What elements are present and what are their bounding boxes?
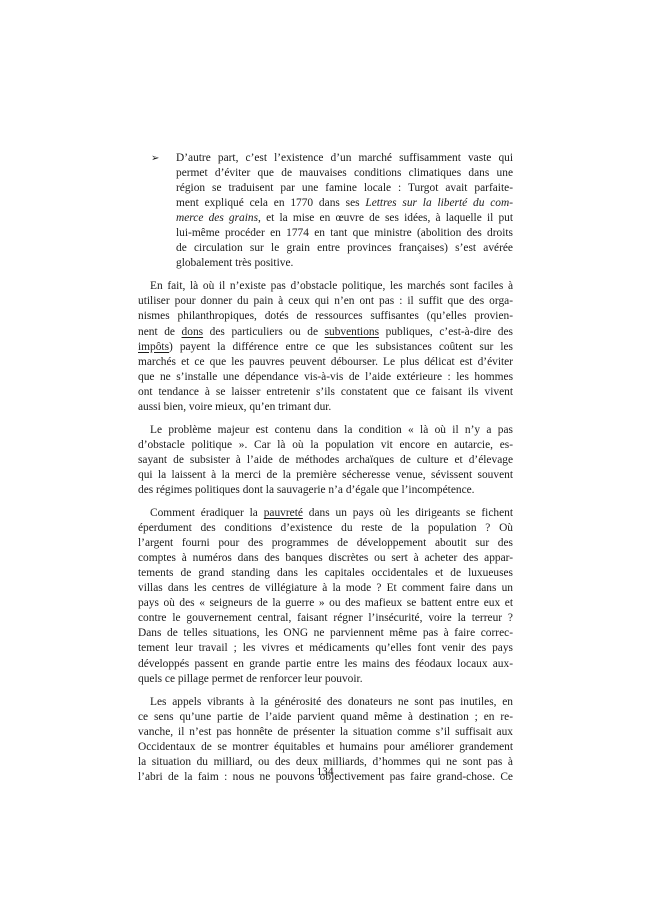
- text-run: Comment éradiquer la: [150, 507, 264, 519]
- text-line: Les appels vibrants à la générosité des …: [138, 695, 513, 710]
- book-title-italic: merce des grains: [176, 212, 258, 224]
- text-line: sayant de subsister à l’aide de méthodes…: [138, 453, 513, 468]
- text-line: marchés et ce que les pauvres peuvent dé…: [138, 355, 513, 370]
- text-line: Dans de telles situations, les ONG ne pa…: [138, 626, 513, 641]
- page-body: ➢ D’autre part, c’est l’existence d’un m…: [138, 151, 513, 793]
- text-line: qui la laissent à la merci de la premièr…: [138, 468, 513, 483]
- text-run: , et la mise en œuvre de ses idées, à la…: [258, 212, 513, 224]
- link-impots[interactable]: impôts: [138, 341, 169, 353]
- page-number: 134: [0, 766, 650, 778]
- text-line: Comment éradiquer la pauvreté dans un pa…: [138, 506, 513, 521]
- text-line: globalement très positive.: [176, 256, 513, 271]
- text-line: nent de dons des particuliers ou de subv…: [138, 325, 513, 340]
- text-line: lui-même procéder en 1774 en tant que mi…: [176, 226, 513, 241]
- link-pauvrete[interactable]: pauvreté: [264, 507, 303, 519]
- text-line: aussi bien, voire mieux, qu’en trimant d…: [138, 400, 513, 415]
- text-run: nent de: [138, 326, 182, 338]
- text-line: ce sens qu’une partie de l’aide parvient…: [138, 710, 513, 725]
- text-line: que ne s’installe une dépendance vis-à-v…: [138, 370, 513, 385]
- link-dons[interactable]: dons: [182, 326, 204, 338]
- text-run: publiques, c’est-à-dire des: [379, 326, 513, 338]
- text-line: ment expliqué cela en 1770 dans ses Lett…: [176, 196, 513, 211]
- text-line: Le problème majeur est contenu dans la c…: [138, 423, 513, 438]
- text-line: d’obstacle politique ». Car là où la pop…: [138, 438, 513, 453]
- text-line: En fait, là où il n’existe pas d’obstacl…: [138, 279, 513, 294]
- text-run: des particuliers ou de: [203, 326, 325, 338]
- text-line: vanche, il n’est pas honnête de présente…: [138, 725, 513, 740]
- text-line: éperdument des conditions d’existence du…: [138, 521, 513, 536]
- text-line: des régimes politiques dont la sauvageri…: [138, 483, 513, 498]
- text-line: ont tendance à se laisser entretenir s’i…: [138, 385, 513, 400]
- text-line: contre le gouvernement central, faisant …: [138, 611, 513, 626]
- paragraph-markets: En fait, là où il n’existe pas d’obstacl…: [138, 279, 513, 414]
- paragraph-political-obstacle: Le problème majeur est contenu dans la c…: [138, 423, 513, 498]
- text-line: tements de grand standing dans les capit…: [138, 566, 513, 581]
- arrow-bullet-icon: ➢: [151, 151, 159, 166]
- book-title-italic: Lettres sur la liberté du com-: [365, 197, 513, 209]
- text-run: dans un pays où les dirigeants se fichen…: [303, 507, 513, 519]
- text-line: merce des grains, et la mise en œuvre de…: [176, 211, 513, 226]
- text-run: ) payent la différence entre ce que les …: [169, 341, 513, 353]
- link-subventions[interactable]: subventions: [325, 326, 379, 338]
- text-line: pays où des « seigneurs de la guerre » o…: [138, 596, 513, 611]
- bullet-item-turgot: ➢ D’autre part, c’est l’existence d’un m…: [138, 151, 513, 271]
- text-line: impôts) payent la différence entre ce qu…: [138, 340, 513, 355]
- text-line: villas dans les centres de villégiature …: [138, 581, 513, 596]
- text-line: comptes à numéros dans des banques discr…: [138, 551, 513, 566]
- paragraph-poverty: Comment éradiquer la pauvreté dans un pa…: [138, 506, 513, 687]
- text-line: quels ce pillage permet de renforcer leu…: [138, 672, 513, 687]
- text-run: ment expliqué cela en 1770 dans ses: [176, 197, 365, 209]
- text-line: tement leur travail ; les vivres et médi…: [138, 641, 513, 656]
- text-line: Occidentaux de se montrer équitables et …: [138, 740, 513, 755]
- text-line: permet d’éviter que de mauvaises conditi…: [176, 166, 513, 181]
- text-line: utiliser pour donner du pain à ceux qui …: [138, 294, 513, 309]
- text-line: de circulation sur le grain entre provin…: [176, 241, 513, 256]
- text-line: D’autre part, c’est l’existence d’un mar…: [176, 151, 513, 166]
- text-line: développés passent en grande partie entr…: [138, 657, 513, 672]
- text-line: l’argent fourni pour des programmes de d…: [138, 536, 513, 551]
- text-line: région se traduisent par une famine loca…: [176, 181, 513, 196]
- text-line: nismes philanthropiques, dotés de ressou…: [138, 309, 513, 324]
